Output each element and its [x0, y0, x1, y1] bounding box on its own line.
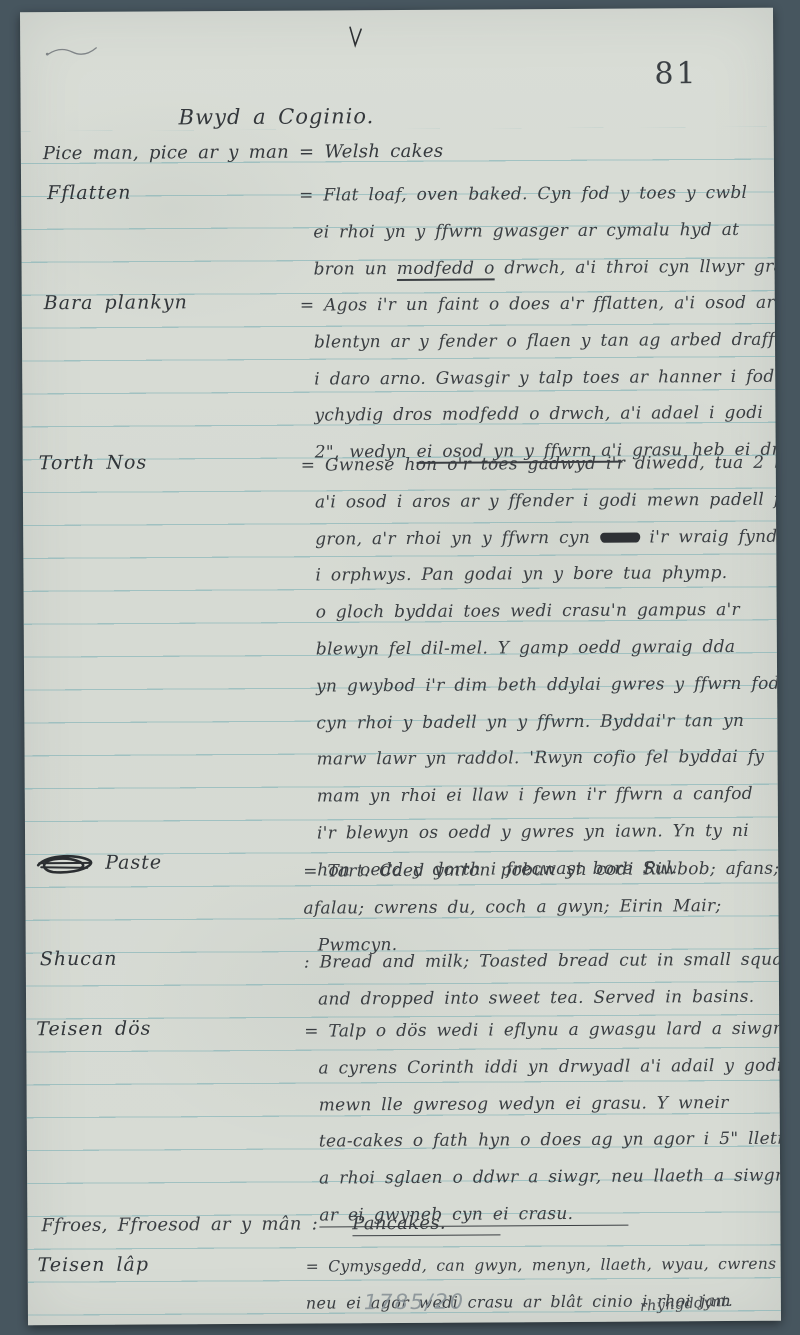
line-text: bron un [314, 259, 397, 280]
definition-line: a'i osod i aros ar y ffender i godi mewn… [301, 481, 781, 521]
definition-line: i'r blewyn os oedd y gwres yn iawn. Yn t… [303, 812, 781, 852]
definition-line: gron, a'r rhoi yn y ffwrn cyn i'r wraig … [301, 518, 781, 558]
term-teisen-lap: Teisen lâp [38, 1254, 149, 1277]
term-fflatten: Fflatten [47, 182, 132, 205]
definition-line: mam yn rhoi ei llaw i fewn i'r ffwrn a c… [303, 776, 781, 816]
line-text: i'r wraig fynd [640, 526, 778, 547]
definition-line: ychydig dros modfedd o drwch, a'i adael … [300, 395, 781, 435]
definition-line: blewyn fel dil-mel. Y gamp oedd gwraig d… [302, 628, 781, 668]
definition-line: cyn rhoi y badell yn y ffwrn. Byddai'r t… [302, 702, 781, 742]
definition-teisen-dos: = Talp o dös wedi i eflynu a gwasgu lard… [304, 1010, 781, 1234]
definition-line: blentyn ar y fender o flaen y tan ag arb… [300, 321, 781, 361]
scribbled-out-word [35, 850, 97, 878]
pen-tick-mark [348, 26, 364, 48]
line-text: drwch, a'i throi cyn llwyr grasu. [495, 256, 781, 278]
definition-line: tea-cakes o fath hyn o does ag yn agor i… [305, 1121, 781, 1161]
definition-line: o gloch byddai toes wedi crasu'n gampus … [302, 592, 781, 632]
term-teisen-dos: Teisen dös [36, 1018, 151, 1041]
definition-torth-nos: = Gwnese hon o'r toes gadwyd i'r diwedd,… [301, 444, 781, 889]
term-paste: Paste [105, 851, 162, 873]
ffroes-value: Pancakes. [352, 1212, 501, 1236]
definition-fflatten: = Flat loaf, oven baked. Cyn fod y toes … [299, 174, 781, 288]
definition-line: marw lawr yn raddol. 'Rwyn cofio fel byd… [302, 739, 781, 779]
definition-line: afalau; cwrens du, coch a gwyn; Eirin Ma… [303, 887, 781, 927]
definition-line: yn gwybod i'r dim beth ddylai gwres y ff… [302, 665, 781, 705]
definition-line: mewn lle gwresog wedyn ei grasu. Y wneir [305, 1084, 781, 1124]
definition-shucan: : Bread and milk; Toasted bread cut in s… [304, 941, 781, 1018]
definition-line: a rhoi sglaen o ddwr a siwgr, neu llaeth… [305, 1158, 781, 1198]
definition-line: = Cymysgedd, can gwyn, menyn, llaeth, wy… [306, 1245, 781, 1285]
definition-line: i orphwys. Pan godai yn y bore tua phymp… [301, 555, 781, 595]
definition-line: = Flat loaf, oven baked. Cyn fod y toes … [299, 174, 781, 214]
definition-line: = Talp o dös wedi i eflynu a gwasgu lard… [304, 1010, 781, 1050]
definition-bara-plankyn: = Agos i'r un faint o does a'r fflatten,… [300, 284, 781, 471]
term-torth-nos: Torth Nos [39, 452, 148, 475]
term-shucan: Shucan [40, 948, 118, 970]
pencil-reference-number: 1785/20 [364, 1290, 465, 1315]
definition-line: ei rhoi yn y ffwrn gwasger ar cymalu hyd… [299, 211, 781, 251]
ffroes-label: Ffroes, Ffroesod ar y mân : [41, 1214, 318, 1237]
definition-line: a cyrens Corinth iddi yn drwyadl a'i ada… [304, 1047, 781, 1087]
definition-line: : Bread and milk; Toasted bread cut in s… [304, 941, 781, 981]
intro-line: Pice man, pice ar y man = Welsh cakes [43, 141, 444, 164]
definition-line: = Tart. Caed ymron pobun yn codi Riwbob;… [303, 850, 781, 890]
inked-out-word [600, 532, 640, 541]
manuscript-page: 81 Bwyd a Coginio. Pice man, pice ar y m… [20, 8, 781, 1326]
definition-line: = Gwnese hon o'r toes gadwyd i'r diwedd,… [301, 444, 781, 484]
definition-line: = Agos i'r un faint o does a'r fflatten,… [300, 284, 781, 324]
definition-line: bron un modfedd o drwch, a'i throi cyn l… [299, 248, 781, 288]
pen-squiggle-mark [44, 42, 104, 60]
underlined-text: modfedd o [397, 258, 495, 279]
term-bara-plankyn: Bara plankyn [44, 291, 188, 314]
ffroes-line: Ffroes, Ffroesod ar y mân : Pancakes. [41, 1212, 501, 1236]
page-number: 81 [654, 56, 698, 91]
page-title: Bwyd a Coginio. [179, 104, 375, 129]
definition-line: i daro arno. Gwasgir y talp toes ar hann… [300, 358, 781, 398]
line-text: gron, a'r rhoi yn y ffwrn cyn [315, 527, 600, 549]
